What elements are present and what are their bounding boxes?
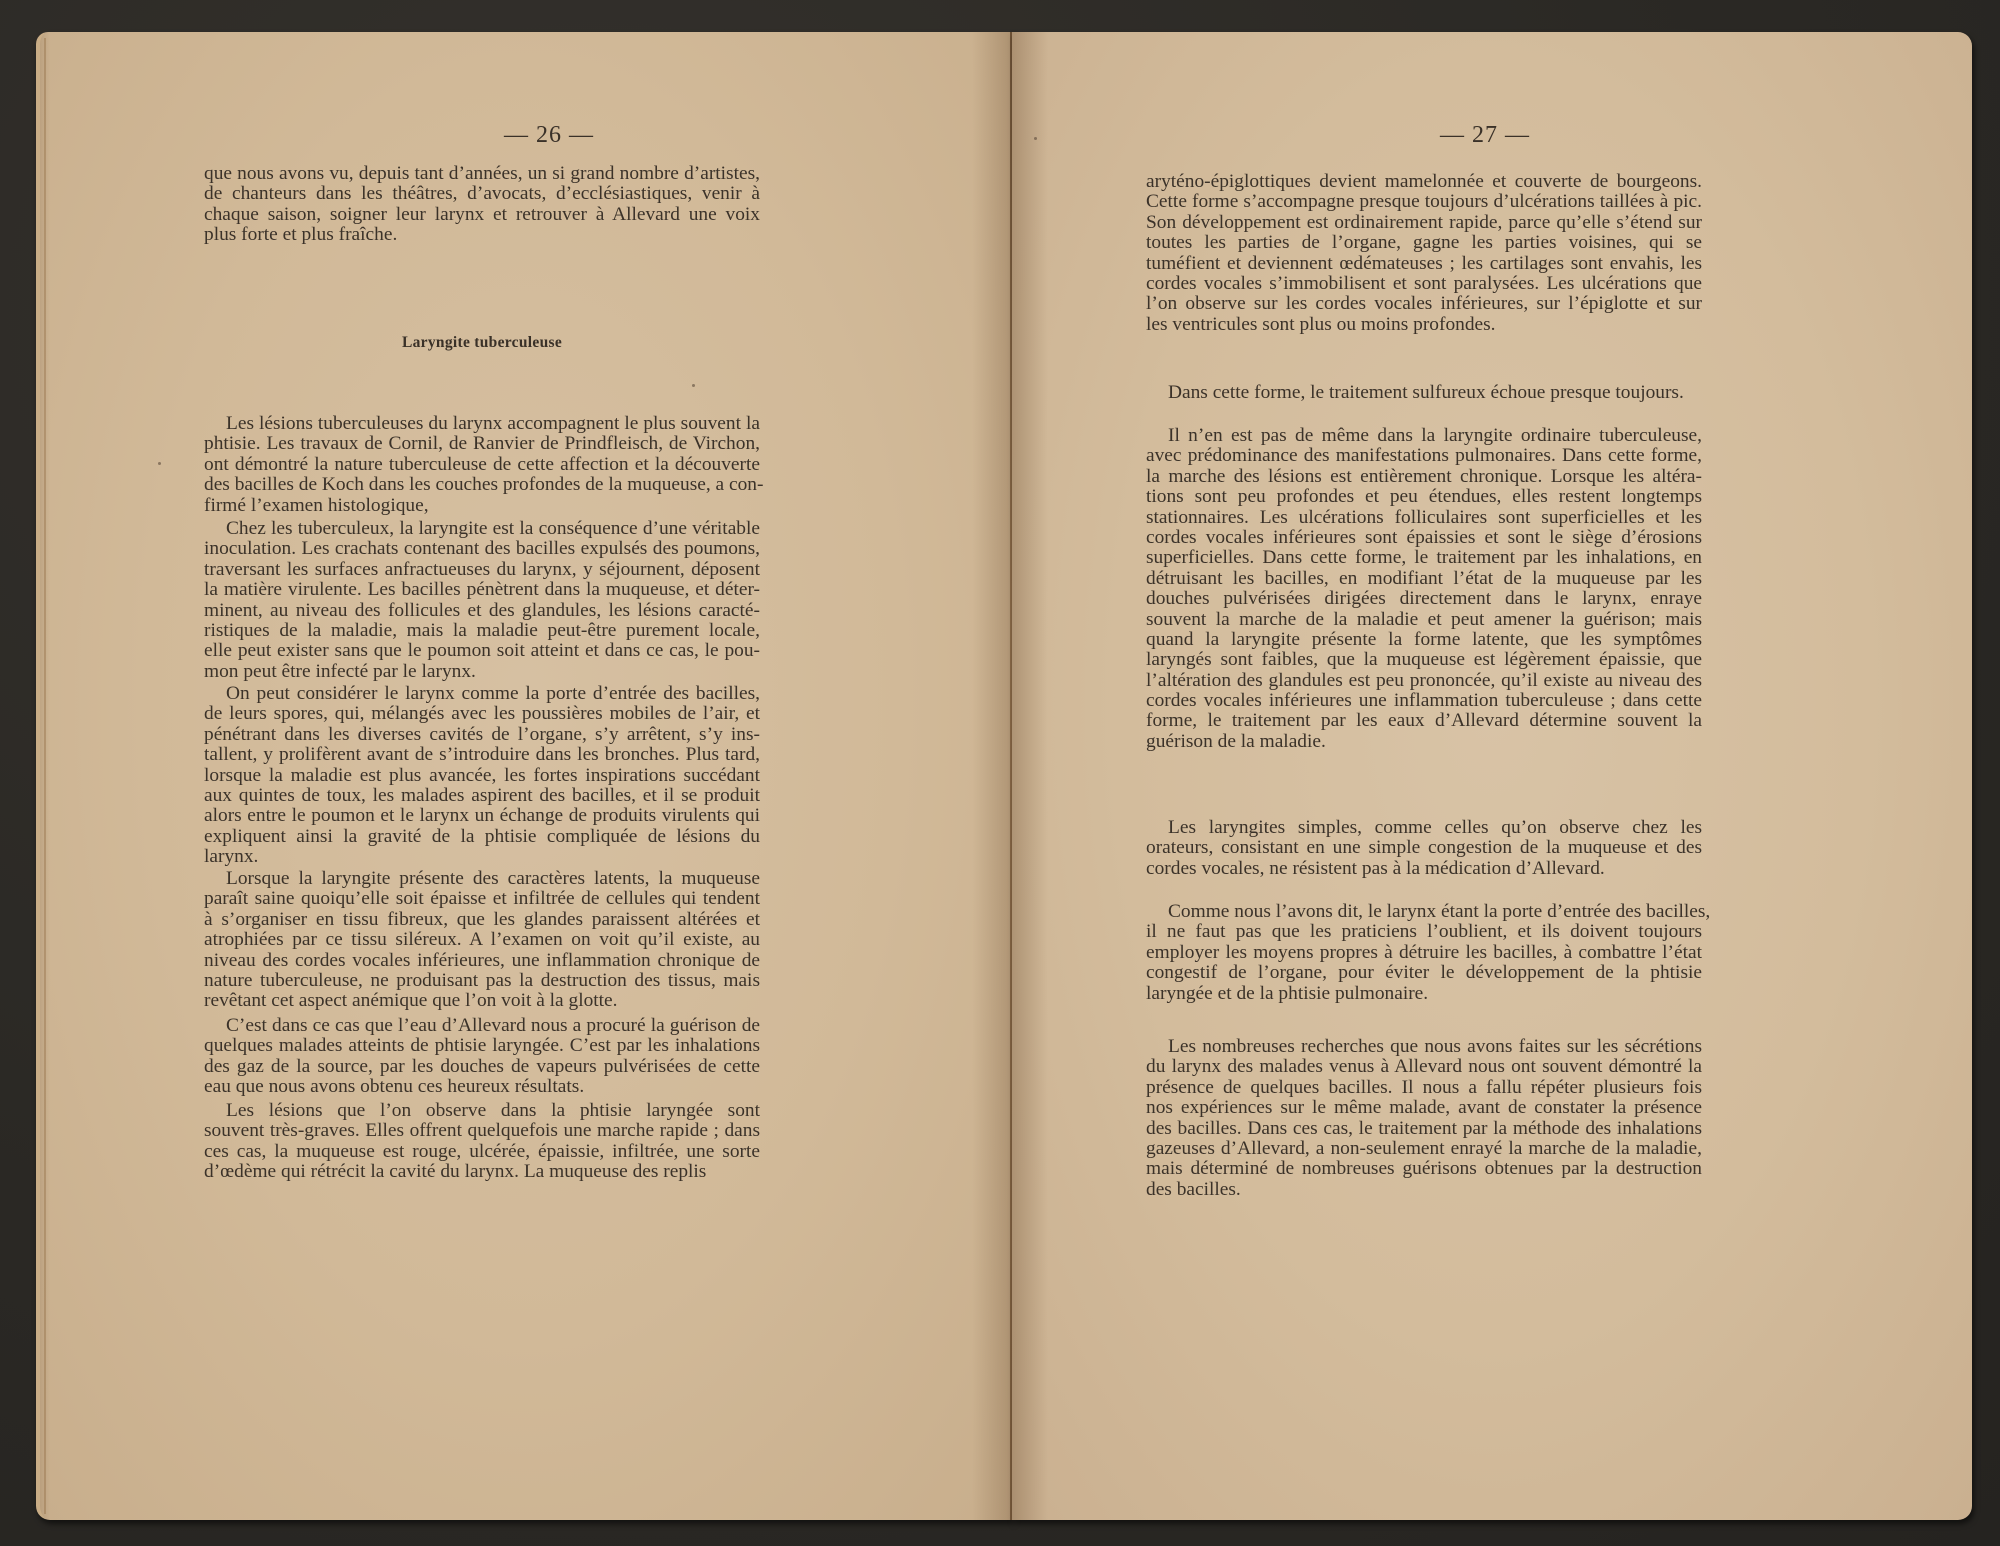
text-line: niveau des cordes vocales inférieures, u… (204, 951, 760, 971)
text-line-content: Lorsque la laryngite présente des caract… (204, 869, 760, 889)
text-line: la matière virulente. Les bacilles pénèt… (204, 580, 760, 600)
text-line-content: il ne faut pas que les praticiens l’oubl… (1146, 922, 1702, 942)
right-page: — 27 — aryténo-épiglottiques devient mam… (1012, 32, 1972, 1520)
text-line: larynx. (204, 847, 760, 867)
text-line-content: cordes vocales inférieures une inflammat… (1146, 691, 1702, 711)
text-line: des bacilles de Koch dans les couches pr… (204, 475, 760, 495)
text-line: l’on observe sur les cordes vocales infé… (1146, 294, 1702, 314)
text-line-content: souvent très-graves. Elles offrent quelq… (204, 1121, 760, 1141)
text-line-content: cordes vocales, ne résistent pas à la mé… (1146, 859, 1702, 879)
text-line-content: des bacilles de Koch dans les couches pr… (204, 475, 760, 495)
paragraph: Il n’en est pas de même dans la laryngit… (1146, 426, 1702, 752)
text-line-content: ristiques de la maladie, mais la maladie… (204, 621, 760, 641)
text-line: superficielles. Dans cette forme, le tra… (1146, 548, 1702, 568)
text-line: stationnaires. Les ulcérations follicula… (1146, 508, 1702, 528)
paper-speck (692, 384, 695, 387)
text-line: firmé l’examen histologique, (204, 496, 760, 516)
text-line: employer les moyens propres à détruire l… (1146, 943, 1702, 963)
text-line: de chanteurs dans les théâtres, d’avocat… (204, 184, 760, 204)
text-line: du larynx des malades venus à Allevard n… (1146, 1057, 1702, 1077)
text-line: congestif de l’organe, pour éviter le dé… (1146, 963, 1702, 983)
text-line-content: chaque saison, soigner leur larynx et re… (204, 205, 760, 225)
text-line: il ne faut pas que les praticiens l’oubl… (1146, 922, 1702, 942)
text-line: tallent, y prolifèrent avant de s’introd… (204, 745, 760, 765)
text-line-content: d’œdème qui rétrécit la cavité du larynx… (204, 1162, 760, 1182)
text-line-content: superficielles. Dans cette forme, le tra… (1146, 548, 1702, 568)
text-line-content: mais déterminé de nombreuses guérisons o… (1146, 1159, 1702, 1179)
text-line-content: des bacilles. (1146, 1180, 1702, 1200)
text-line-content: ont démontré la nature tuberculeuse de c… (204, 455, 760, 475)
text-line: phtisie. Les travaux de Cornil, de Ranvi… (204, 434, 760, 454)
text-line: Cette forme s’accompagne presque toujour… (1146, 192, 1702, 212)
text-line-content: quelques malades atteints de phtisie lar… (204, 1036, 760, 1056)
text-line-content: inoculation. Les crachats contenant des … (204, 539, 760, 559)
text-line: nos expériences sur le même malade, avan… (1146, 1098, 1702, 1118)
text-line: Les nombreuses recherches que nous avons… (1146, 1037, 1702, 1057)
text-line-content: aryténo-épiglottiques devient mamelonnée… (1146, 172, 1702, 192)
text-line: d’œdème qui rétrécit la cavité du larynx… (204, 1162, 760, 1182)
text-line: Il n’en est pas de même dans la laryngit… (1146, 426, 1702, 446)
text-line-content: tuméfient et deviennent œdémateuses ; le… (1146, 254, 1702, 274)
text-line-content: l’on observe sur les cordes vocales infé… (1146, 294, 1702, 314)
text-line: mais déterminé de nombreuses guérisons o… (1146, 1159, 1702, 1179)
text-line: à s’organiser en tissu fibreux, que les … (204, 910, 760, 930)
text-line-content: phtisie. Les travaux de Cornil, de Ranvi… (204, 434, 760, 454)
text-line: eau que nous avons obtenu ces heureux ré… (204, 1077, 760, 1097)
text-line-content: ces cas, la muqueuse est rouge, ulcérée,… (204, 1142, 760, 1162)
text-line-content: lorsque la maladie est plus avancée, les… (204, 766, 760, 786)
paragraph: Les lésions que l’on observe dans la pht… (204, 1101, 760, 1183)
text-line: revêtant cet aspect anémique que l’on vo… (204, 991, 760, 1011)
paper-speck (158, 462, 161, 465)
text-line: laryngés sont faibles, que la muqueuse e… (1146, 650, 1702, 670)
text-line-content: Cette forme s’accompagne presque toujour… (1146, 192, 1702, 212)
text-line: plus forte et plus fraîche. (204, 225, 760, 245)
text-line-content: minent, au niveau des follicules et des … (204, 601, 760, 621)
text-line: inoculation. Les crachats contenant des … (204, 539, 760, 559)
text-line: chaque saison, soigner leur larynx et re… (204, 205, 760, 225)
text-line: ristiques de la maladie, mais la maladie… (204, 621, 760, 641)
text-line: ont démontré la nature tuberculeuse de c… (204, 455, 760, 475)
text-line-content: nos expériences sur le même malade, avan… (1146, 1098, 1702, 1118)
text-line-content: de leurs spores, qui, mélangés avec les … (204, 704, 760, 724)
paragraph: Les laryngites simples, comme celles qu’… (1146, 818, 1702, 879)
text-line-content: Les lésions tuberculeuses du larynx acco… (204, 414, 760, 434)
text-line-content: larynx. (204, 847, 760, 867)
text-line-content: quand la laryngite présente la forme lat… (1146, 630, 1702, 650)
text-line: quelques malades atteints de phtisie lar… (204, 1036, 760, 1056)
text-line-content: pénétrant dans les diverses cavités de l… (204, 725, 760, 745)
text-line-content: de chanteurs dans les théâtres, d’avocat… (204, 184, 760, 204)
text-line: détruisant les bacilles, en modifiant l’… (1146, 569, 1702, 589)
text-line-content: cordes vocales inférieures sont épaissie… (1146, 528, 1702, 548)
text-line: pénétrant dans les diverses cavités de l… (204, 725, 760, 745)
text-line: des gaz de la source, par les douches de… (204, 1057, 760, 1077)
text-line: la marche des lésions est entièrement ch… (1146, 467, 1702, 487)
text-line: laryngée et de la phtisie pulmonaire. (1146, 984, 1702, 1004)
text-line-content: Les nombreuses recherches que nous avons… (1146, 1037, 1702, 1057)
text-line-content: orateurs, consistant en une simple conge… (1146, 838, 1702, 858)
left-page: — 26 — que nous avons vu, depuis tant d’… (36, 32, 1012, 1520)
text-line-content: douches pulvérisées dirigées directement… (1146, 589, 1702, 609)
text-line-content: tions sont peu profondes et peu étendues… (1146, 487, 1702, 507)
text-line-content: congestif de l’organe, pour éviter le dé… (1146, 963, 1702, 983)
text-line-content: laryngée et de la phtisie pulmonaire. (1146, 984, 1702, 1004)
text-line: cordes vocales inférieures sont épaissie… (1146, 528, 1702, 548)
text-line-content: du larynx des malades venus à Allevard n… (1146, 1057, 1702, 1077)
text-line: Dans cette forme, le traitement sulfureu… (1146, 383, 1702, 403)
page-number-26: — 26 — (504, 122, 594, 149)
text-line-content: la matière virulente. Les bacilles pénèt… (204, 580, 760, 600)
text-line-content: à s’organiser en tissu fibreux, que les … (204, 910, 760, 930)
section-title: Laryngite tuberculeuse (204, 334, 760, 352)
text-line: aux quintes de toux, les malades aspiren… (204, 786, 760, 806)
text-line-content: que nous avons vu, depuis tant d’années,… (204, 164, 760, 184)
text-line: Lorsque la laryngite présente des caract… (204, 869, 760, 889)
text-line-content: des bacilles. Dans ces cas, le traitemen… (1146, 1119, 1702, 1139)
text-line-content: les ventricules sont plus ou moins profo… (1146, 315, 1702, 335)
text-line-content: la marche des lésions est entièrement ch… (1146, 467, 1702, 487)
page-number-27: — 27 — (1440, 122, 1530, 149)
text-line-content: toutes les parties de l’organe, gagne le… (1146, 233, 1702, 253)
text-line: forme, le traitement par les eaux d’Alle… (1146, 711, 1702, 731)
text-line: quand la laryngite présente la forme lat… (1146, 630, 1702, 650)
text-line-content: nature tuberculeuse, ne produisant pas l… (204, 971, 760, 991)
text-line: tions sont peu profondes et peu étendues… (1146, 487, 1702, 507)
text-line: mon peut être infecté par le larynx. (204, 662, 760, 682)
text-line: Chez les tuberculeux, la laryngite est l… (204, 519, 760, 539)
text-line-content: expliquent ainsi la gravité de la phtisi… (204, 827, 760, 847)
text-line: Comme nous l’avons dit, le larynx étant … (1146, 902, 1702, 922)
paragraph: aryténo-épiglottiques devient mamelonnée… (1146, 172, 1702, 335)
text-line: tuméfient et deviennent œdémateuses ; le… (1146, 254, 1702, 274)
text-line: On peut considérer le larynx comme la po… (204, 684, 760, 704)
text-line-content: employer les moyens propres à détruire l… (1146, 943, 1702, 963)
text-line-content: firmé l’examen histologique, (204, 496, 760, 516)
text-line-content: l’altération des glandules est peu prono… (1146, 671, 1702, 691)
text-line-content: Chez les tuberculeux, la laryngite est l… (204, 519, 760, 539)
text-line: présence de quelques bacilles. Il nous a… (1146, 1078, 1702, 1098)
paragraph: On peut considérer le larynx comme la po… (204, 684, 760, 868)
text-line: aryténo-épiglottiques devient mamelonnée… (1146, 172, 1702, 192)
text-line-content: stationnaires. Les ulcérations follicula… (1146, 508, 1702, 528)
text-line: Son développement est ordinairement rapi… (1146, 213, 1702, 233)
text-line-content: forme, le traitement par les eaux d’Alle… (1146, 711, 1702, 731)
paragraph: Comme nous l’avons dit, le larynx étant … (1146, 902, 1702, 1004)
text-line-content: elle peut exister sans que le poumon soi… (204, 641, 760, 661)
text-line-content: atrophiées par ce tissu siléreux. A l’ex… (204, 930, 760, 950)
text-line-content: Comme nous l’avons dit, le larynx étant … (1146, 902, 1702, 922)
book-spread: — 26 — que nous avons vu, depuis tant d’… (36, 32, 1972, 1520)
text-line: paraît saine quoiqu’elle soit épaisse et… (204, 889, 760, 909)
text-line: nature tuberculeuse, ne produisant pas l… (204, 971, 760, 991)
text-line: des bacilles. (1146, 1180, 1702, 1200)
text-line: souvent la marche de la maladie et peut … (1146, 610, 1702, 630)
text-line: minent, au niveau des follicules et des … (204, 601, 760, 621)
text-line: Les lésions tuberculeuses du larynx acco… (204, 414, 760, 434)
text-line: avec prédominance des manifestations pul… (1146, 446, 1702, 466)
text-line-content: Il n’en est pas de même dans la laryngit… (1146, 426, 1702, 446)
text-line-content: Les laryngites simples, comme celles qu’… (1146, 818, 1702, 838)
paper-speck (1034, 137, 1037, 140)
text-line-content: cordes vocales s’immobilisent et sont pa… (1146, 274, 1702, 294)
text-line: cordes vocales, ne résistent pas à la mé… (1146, 859, 1702, 879)
text-line: traversant les surfaces anfractueuses du… (204, 560, 760, 580)
text-line: lorsque la maladie est plus avancée, les… (204, 766, 760, 786)
text-line-content: revêtant cet aspect anémique que l’on vo… (204, 991, 760, 1011)
text-line-content: guérison de la maladie. (1146, 732, 1702, 752)
text-line: que nous avons vu, depuis tant d’années,… (204, 164, 760, 184)
text-line-content: détruisant les bacilles, en modifiant l’… (1146, 569, 1702, 589)
text-line: expliquent ainsi la gravité de la phtisi… (204, 827, 760, 847)
text-line-content: alors entre le poumon et le larynx un éc… (204, 806, 760, 826)
text-line: douches pulvérisées dirigées directement… (1146, 589, 1702, 609)
text-line-content: laryngés sont faibles, que la muqueuse e… (1146, 650, 1702, 670)
text-line-content: Les lésions que l’on observe dans la pht… (204, 1101, 760, 1121)
text-line: souvent très-graves. Elles offrent quelq… (204, 1121, 760, 1141)
text-line: Les laryngites simples, comme celles qu’… (1146, 818, 1702, 838)
text-line: guérison de la maladie. (1146, 732, 1702, 752)
text-line-content: avec prédominance des manifestations pul… (1146, 446, 1702, 466)
paragraph: Dans cette forme, le traitement sulfureu… (1146, 383, 1702, 403)
text-line-content: gazeuses d’Allevard, a non-seulement enr… (1146, 1139, 1702, 1159)
opening-paragraph: que nous avons vu, depuis tant d’années,… (204, 164, 760, 246)
text-line: cordes vocales s’immobilisent et sont pa… (1146, 274, 1702, 294)
text-line-content: traversant les surfaces anfractueuses du… (204, 560, 760, 580)
paragraph: C’est dans ce cas que l’eau d’Allevard n… (204, 1016, 760, 1098)
text-line-content: C’est dans ce cas que l’eau d’Allevard n… (204, 1016, 760, 1036)
text-line-content: plus forte et plus fraîche. (204, 225, 760, 245)
text-line: toutes les parties de l’organe, gagne le… (1146, 233, 1702, 253)
paragraph: Les lésions tuberculeuses du larynx acco… (204, 414, 760, 516)
text-line-content: souvent la marche de la maladie et peut … (1146, 610, 1702, 630)
text-line-content: présence de quelques bacilles. Il nous a… (1146, 1078, 1702, 1098)
text-line: atrophiées par ce tissu siléreux. A l’ex… (204, 930, 760, 950)
paragraph: Les nombreuses recherches que nous avons… (1146, 1037, 1702, 1200)
text-line: elle peut exister sans que le poumon soi… (204, 641, 760, 661)
text-line: cordes vocales inférieures une inflammat… (1146, 691, 1702, 711)
paragraph: Chez les tuberculeux, la laryngite est l… (204, 519, 760, 682)
text-line-content: eau que nous avons obtenu ces heureux ré… (204, 1077, 760, 1097)
text-line: gazeuses d’Allevard, a non-seulement enr… (1146, 1139, 1702, 1159)
text-line-content: niveau des cordes vocales inférieures, u… (204, 951, 760, 971)
text-line-content: des gaz de la source, par les douches de… (204, 1057, 760, 1077)
text-line: Les lésions que l’on observe dans la pht… (204, 1101, 760, 1121)
text-line-content: On peut considérer le larynx comme la po… (204, 684, 760, 704)
text-line: ces cas, la muqueuse est rouge, ulcérée,… (204, 1142, 760, 1162)
text-line: des bacilles. Dans ces cas, le traitemen… (1146, 1119, 1702, 1139)
text-line: de leurs spores, qui, mélangés avec les … (204, 704, 760, 724)
text-line-content: Son développement est ordinairement rapi… (1146, 213, 1702, 233)
text-line: les ventricules sont plus ou moins profo… (1146, 315, 1702, 335)
text-line-content: Dans cette forme, le traitement sulfureu… (1146, 383, 1702, 403)
text-line-content: aux quintes de toux, les malades aspiren… (204, 786, 760, 806)
text-line-content: paraît saine quoiqu’elle soit épaisse et… (204, 889, 760, 909)
text-line-content: tallent, y prolifèrent avant de s’introd… (204, 745, 760, 765)
text-line: alors entre le poumon et le larynx un éc… (204, 806, 760, 826)
text-line: C’est dans ce cas que l’eau d’Allevard n… (204, 1016, 760, 1036)
paragraph: Lorsque la laryngite présente des caract… (204, 869, 760, 1012)
text-line: l’altération des glandules est peu prono… (1146, 671, 1702, 691)
text-line-content: mon peut être infecté par le larynx. (204, 662, 760, 682)
text-line: orateurs, consistant en une simple conge… (1146, 838, 1702, 858)
